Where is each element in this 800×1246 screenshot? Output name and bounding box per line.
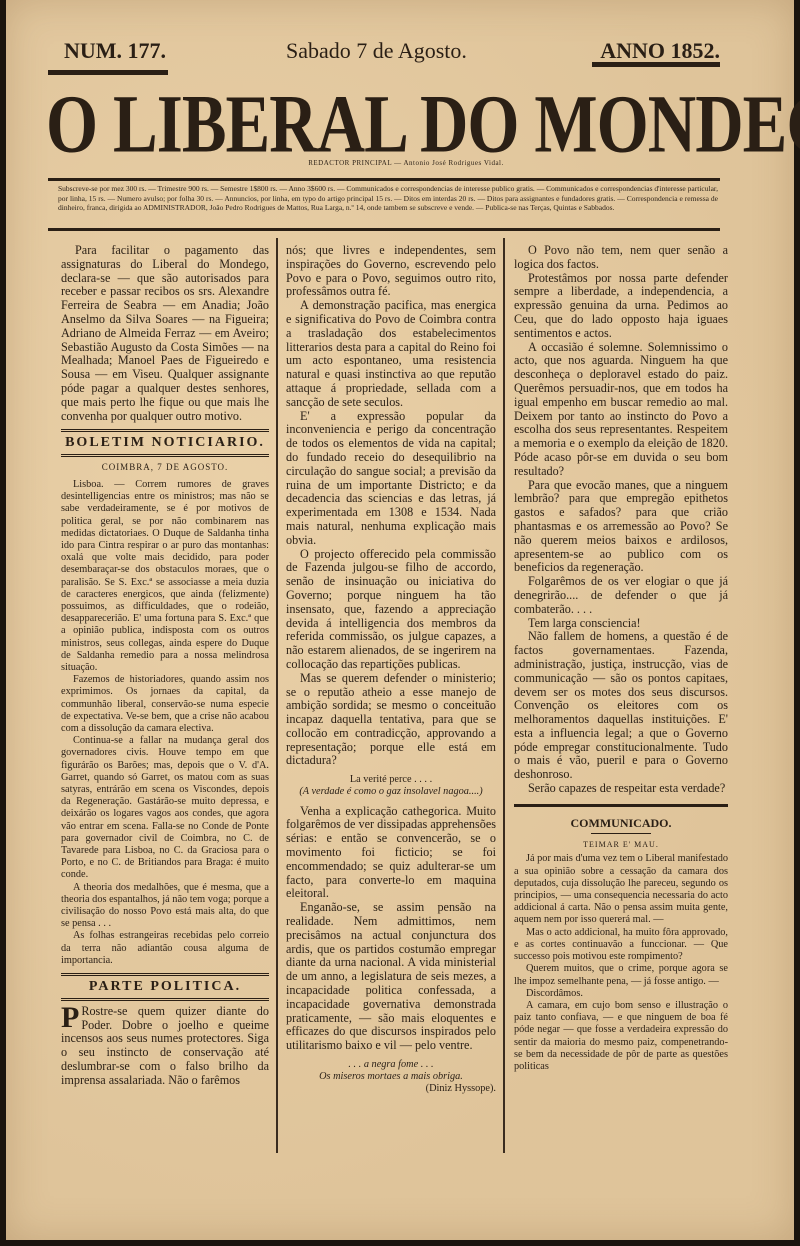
article-paragraph: Não fallem de homens, a questão é de fac… (514, 630, 728, 782)
article-paragraph: Folgarêmos de os ver elogiar o que já de… (514, 575, 728, 616)
article-paragraph: O projecto offerecido pela commissão de … (286, 548, 496, 672)
politica-text: Rostre-se quem quizer diante do Poder. D… (61, 1004, 269, 1087)
redactor-line: REDACTOR PRINCIPAL — Antonio José Rodrig… (6, 159, 800, 167)
masthead-rule-left (48, 70, 168, 75)
communicado-paragraph: Discordâmos. (514, 988, 728, 1000)
header-rule-bottom (48, 228, 720, 231)
boletim-paragraph: Fazemos de historiadores, quando assim n… (61, 674, 269, 735)
boletim-body: Lisboa. — Correm rumores de graves desin… (61, 479, 269, 967)
communicado-paragraph: Querem muitos, que o crime, porque agora… (514, 963, 728, 987)
column-3: O Povo não tem, nem quer senão a logica … (514, 244, 728, 1073)
quote-portuguese: (A verdade é como o gaz insolavel nagoa.… (286, 786, 496, 798)
verse-line-2: Os miseros mortaes a mais obriga. (286, 1071, 496, 1083)
communicado-body: Já por mais d'uma vez tem o Liberal mani… (514, 853, 728, 1073)
header-rule-top (48, 178, 720, 181)
boletim-paragraph: A theoria dos medalhões, que é mesma, qu… (61, 882, 269, 931)
politica-opening: PRostre-se quem quizer diante do Poder. … (61, 1005, 269, 1088)
column-divider-1 (276, 238, 278, 1153)
communicado-paragraph: A camara, em cujo bom senso e illustraçã… (514, 1000, 728, 1073)
communicado-subtitle: TEIMAR E' MAU. (514, 838, 728, 852)
article-paragraph: nós; que livres e independentes, sem ins… (286, 244, 496, 299)
article-paragraph: A occasião é solemne. Solemnissimo o act… (514, 341, 728, 479)
article-paragraph: E' a expressão popular da inconveniencia… (286, 410, 496, 548)
boletim-paragraph: Lisboa. — Correm rumores de graves desin… (61, 479, 269, 674)
article-paragraph: A demonstração pacifica, mas energica e … (286, 299, 496, 409)
subscription-terms: Subscreve-se por mez 300 rs. — Trimestre… (58, 184, 718, 213)
column-1: Para facilitar o pagamento das assignatu… (61, 244, 269, 1088)
boletim-paragraph: Continua-se a fallar na mudança geral do… (61, 735, 269, 881)
issue-date: Sabado 7 de Agosto. (286, 38, 467, 64)
drop-cap: P (61, 1005, 79, 1031)
newspaper-page: NUM. 177. Sabado 7 de Agosto. ANNO 1852.… (6, 0, 794, 1240)
masthead-rule-right (592, 62, 720, 67)
quote-french: La verité perce . . . . (286, 774, 496, 786)
issue-number: NUM. 177. (64, 38, 166, 64)
article-paragraph: Mas se querem defender o ministerio; se … (286, 672, 496, 769)
issue-year: ANNO 1852. (600, 38, 720, 64)
column-2: nós; que livres e independentes, sem ins… (286, 244, 496, 1096)
communicado-paragraph: Mas o acto addicional, ha muito fôra app… (514, 927, 728, 964)
article-paragraph: Protestâmos por nossa parte defender sem… (514, 272, 728, 341)
article-paragraph: O Povo não tem, nem quer senão a logica … (514, 244, 728, 272)
article-paragraph: Enganão-se, se assim pensão na realidade… (286, 901, 496, 1053)
verse-line-1: . . . a negra fome . . . (286, 1059, 496, 1071)
article-paragraph: Tem larga consciencia! (514, 617, 728, 631)
section-heading-communicado: COMMUNICADO. (514, 804, 728, 831)
column-divider-2 (503, 238, 505, 1153)
section-heading-boletim: BOLETIM NOTICIARIO. (61, 429, 269, 457)
article-paragraph: Para que evocão manes, que a ninguem lem… (514, 479, 728, 576)
short-rule (591, 833, 651, 834)
boletim-paragraph: As folhas estrangeiras recebidas pelo co… (61, 930, 269, 967)
newspaper-title: O LIBERAL DO MONDEGO. (46, 80, 678, 167)
article-paragraph: Serão capazes de respeitar esta verdade? (514, 782, 728, 796)
dateline: COIMBRA, 7 DE AGOSTO. (61, 461, 269, 475)
section-heading-politica: PARTE POLITICA. (61, 973, 269, 1001)
communicado-paragraph: Já por mais d'uma vez tem o Liberal mani… (514, 853, 728, 926)
subscription-notice: Para facilitar o pagamento das assignatu… (61, 244, 269, 423)
verse-attribution: (Diniz Hyssope). (286, 1083, 496, 1095)
article-paragraph: Venha a explicação cathegorica. Muito fo… (286, 805, 496, 902)
